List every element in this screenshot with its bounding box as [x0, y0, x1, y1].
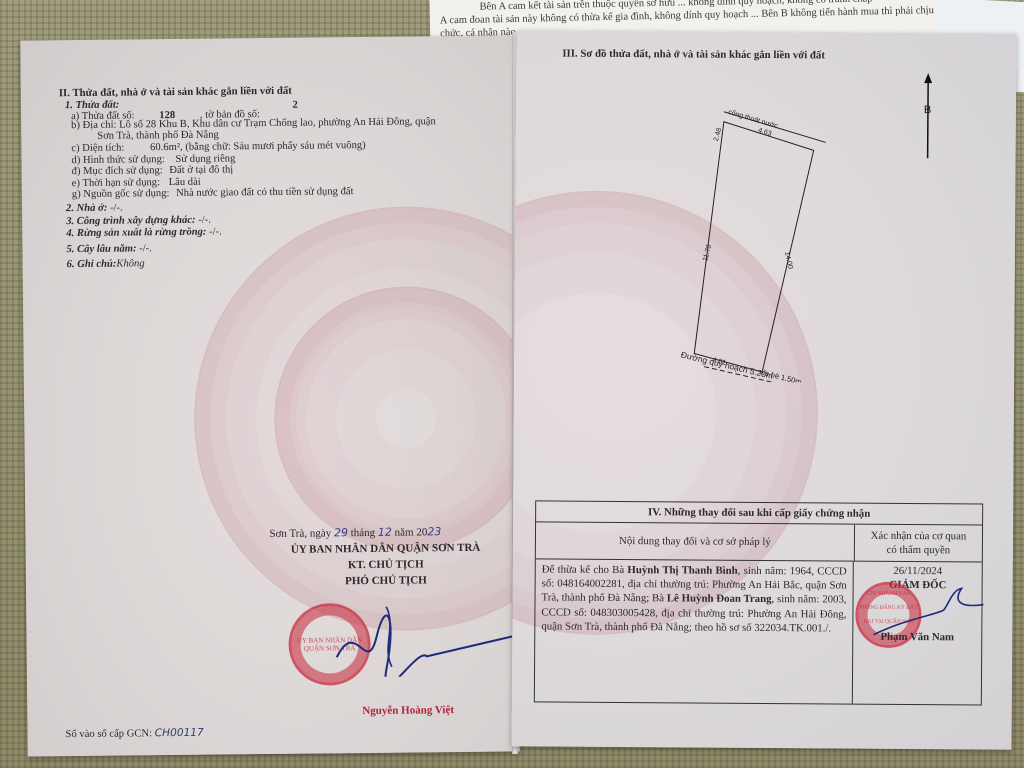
svg-text:B: B [924, 104, 931, 116]
date-prefix: Sơn Trà, ngày [269, 527, 331, 540]
item-label: 6. Ghi chú: [67, 259, 117, 271]
year-label: năm 20 [395, 526, 428, 538]
use-form-value: Sử dụng riêng [175, 153, 235, 165]
item-value: -/-. [110, 202, 123, 213]
header-line: Xác nhận của cơ quan [855, 529, 982, 544]
heir-name-1: Huỳnh Thị Thanh Bình [627, 564, 737, 577]
land-info-section: II. Thửa đất, nhà ở và tài sản khác gắn … [59, 83, 511, 272]
north-arrow: B [916, 73, 947, 163]
certificate-page-left: II. Thửa đất, nhà ở và tài sản khác gắn … [20, 35, 519, 756]
map-number: 2 [292, 100, 297, 111]
diagram-section-title: III. Sơ đồ thửa đất, nhà ở và tài sản kh… [562, 49, 825, 62]
header-line: có thẩm quyền [855, 543, 982, 558]
column-header-content: Nội dung thay đổi và cơ sở pháp lý [536, 522, 855, 560]
item-label: 2. Nhà ở: [66, 203, 107, 214]
land-certificate-booklet: II. Thửa đất, nhà ở và tài sản khác gắn … [24, 32, 1024, 762]
purpose-label: đ) Mục đích sử dụng: [72, 165, 163, 177]
date-month: 12 [378, 526, 392, 539]
address-label: b) Địa chỉ: [71, 119, 116, 130]
month-label: tháng [351, 527, 376, 539]
content-text: Để thừa kế cho Bà [542, 563, 628, 576]
date-day: 29 [334, 526, 348, 539]
issuing-authority: ỦY BAN NHÂN DÂN QUẬN SƠN TRÀ [266, 540, 506, 559]
signature-left [326, 595, 520, 677]
origin-label: g) Nguồn gốc sử dụng: [72, 188, 170, 200]
signer-name: Nguyễn Hoàng Việt [362, 704, 454, 717]
item-value: -/-. [198, 214, 211, 225]
other-assets-list: 2. Nhà ở: -/-. 3. Công trình xây dựng kh… [60, 198, 511, 272]
term-label: e) Thời hạn sử dụng: [72, 177, 160, 189]
column-header-confirmation: Xác nhận của cơ quan có thẩm quyền [855, 525, 982, 562]
svg-text:14.00: 14.00 [783, 251, 794, 270]
changes-table-row: Để thừa kế cho Bà Huỳnh Thị Thanh Bình, … [535, 559, 982, 704]
other-item-perennial: 5. Cây lâu năm: -/-. [66, 239, 510, 256]
gcn-register-number: Số vào sổ cấp GCN: CH00117 [65, 727, 203, 740]
svg-text:11.70: 11.70 [702, 244, 713, 262]
item-value: -/-. [139, 243, 152, 254]
item-value: Không [116, 259, 144, 270]
land-plot-diagram: cống thoát nước 4.63 2.48 11.70 14.00 4.… [664, 101, 866, 382]
area-value: 60.6m², (bằng chữ: Sáu mươi phẩy sáu mét… [150, 140, 366, 153]
confirm-date: 26/11/2024 [854, 564, 982, 579]
item-label: 5. Cây lâu năm: [66, 243, 136, 255]
area-label: c) Diện tích: [71, 142, 147, 154]
date-year: 23 [427, 525, 441, 538]
svg-text:4.63: 4.63 [757, 127, 772, 138]
purpose-value: Đất ở tại đô thị [169, 165, 233, 177]
signer-position: PHÓ CHỦ TỊCH [266, 572, 506, 591]
heir-name-2: Lê Huỳnh Đoan Trang [667, 593, 772, 606]
use-form-label: d) Hình thức sử dụng: [71, 154, 164, 166]
confirmation-cell: 26/11/2024 GIÁM ĐỐC CHI NHÁNH VĂN PHÒNG … [853, 562, 982, 705]
item-label: 4. Rừng sản xuất là rừng trồng: [66, 227, 206, 239]
gcn-label: Số vào sổ cấp GCN: [65, 728, 152, 740]
item-value: -/-. [209, 227, 222, 238]
gcn-value: CH00117 [155, 727, 204, 740]
certificate-page-right: III. Sơ đồ thửa đất, nhà ở và tài sản kh… [512, 30, 1017, 749]
term-value: Lâu dài [169, 176, 201, 187]
confirm-signer-name: Phạm Văn Nam [853, 630, 981, 645]
origin-value: Nhà nước giao đất có thu tiền sử dụng đấ… [176, 186, 354, 199]
changes-table-header: Nội dung thay đổi và cơ sở pháp lý Xác n… [536, 522, 982, 562]
changes-table: IV. Những thay đổi sau khi cấp giấy chứn… [534, 500, 983, 705]
item-label: 3. Công trình xây dựng khác: [66, 214, 195, 226]
svg-text:cống thoát nước: cống thoát nước [727, 107, 779, 130]
signing-block: Sơn Trà, ngày 29 tháng 12 năm 2023 ỦY BA… [265, 524, 506, 591]
change-content-cell: Để thừa kế cho Bà Huỳnh Thị Thanh Bình, … [535, 559, 854, 703]
